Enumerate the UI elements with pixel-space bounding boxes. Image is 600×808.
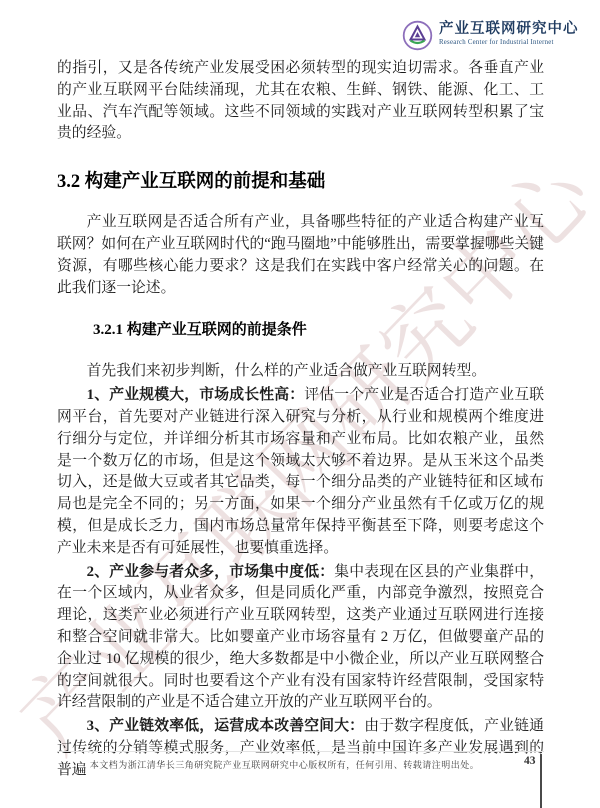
subsection-intro-paragraph: 首先我们来初步判断，什么样的产业适合做产业互联网转型。 — [57, 361, 544, 383]
research-center-logo-icon — [402, 20, 433, 51]
condition-item-3: 3、产业链效率低，运营成本改善空间大：由于数字程度低，产业链通过传统的分销等模式… — [57, 716, 544, 781]
footer-copyright: 本文档为浙江清华长三角研究院产业互联网研究中心版权所有，任何引用、转载请注明出处… — [57, 758, 512, 771]
logo-text: 产业互联网研究中心 Research Center for Industrial… — [439, 20, 579, 47]
subsection-heading: 3.2.1 构建产业互联网的前提条件 — [57, 319, 544, 341]
header: 产业互联网研究中心 Research Center for Industrial… — [402, 20, 579, 51]
page-number-bar — [540, 754, 542, 808]
logo-subtitle: Research Center for Industrial Internet — [439, 38, 579, 47]
section-heading: 3.2 构建产业互联网的前提和基础 — [57, 169, 544, 195]
page-number: 43 — [524, 755, 536, 767]
condition-item-3-lead: 3、产业链效率低，运营成本改善空间大： — [87, 718, 365, 734]
section-intro-paragraph: 产业互联网是否适合所有产业，具备哪些特征的产业适合构建产业互联网？如何在产业互联… — [57, 212, 544, 299]
document-page: 产业互联网研究中心 产业互联网研究中心 Research Center for … — [0, 0, 600, 808]
condition-item-2-body: 集中表现在区县的产业集群中，在一个区域内，从业者众多，但是同质化严重，内部竞争激… — [57, 564, 544, 711]
condition-item-1-body: 评估一个产业是否适合打造产业互联网平台，首先要对产业链进行深入研究与分析，从行业… — [57, 387, 544, 556]
condition-item-2: 2、产业参与者众多，市场集中度低：集中表现在区县的产业集群中，在一个区域内，从业… — [57, 562, 544, 715]
condition-item-1: 1、产业规模大，市场成长性高：评估一个产业是否适合打造产业互联网平台，首先要对产… — [57, 385, 544, 559]
footer-divider — [57, 751, 544, 752]
condition-item-2-lead: 2、产业参与者众多，市场集中度低： — [87, 564, 335, 580]
intro-paragraph: 的指引，又是各传统产业发展受困必须转型的现实迫切需求。各垂直产业的产业互联网平台… — [57, 58, 544, 145]
condition-item-1-lead: 1、产业规模大，市场成长性高： — [87, 387, 305, 403]
logo-title: 产业互联网研究中心 — [439, 20, 579, 38]
document-body: 的指引，又是各传统产业发展受困必须转型的现实迫切需求。各垂直产业的产业互联网平台… — [57, 58, 544, 782]
